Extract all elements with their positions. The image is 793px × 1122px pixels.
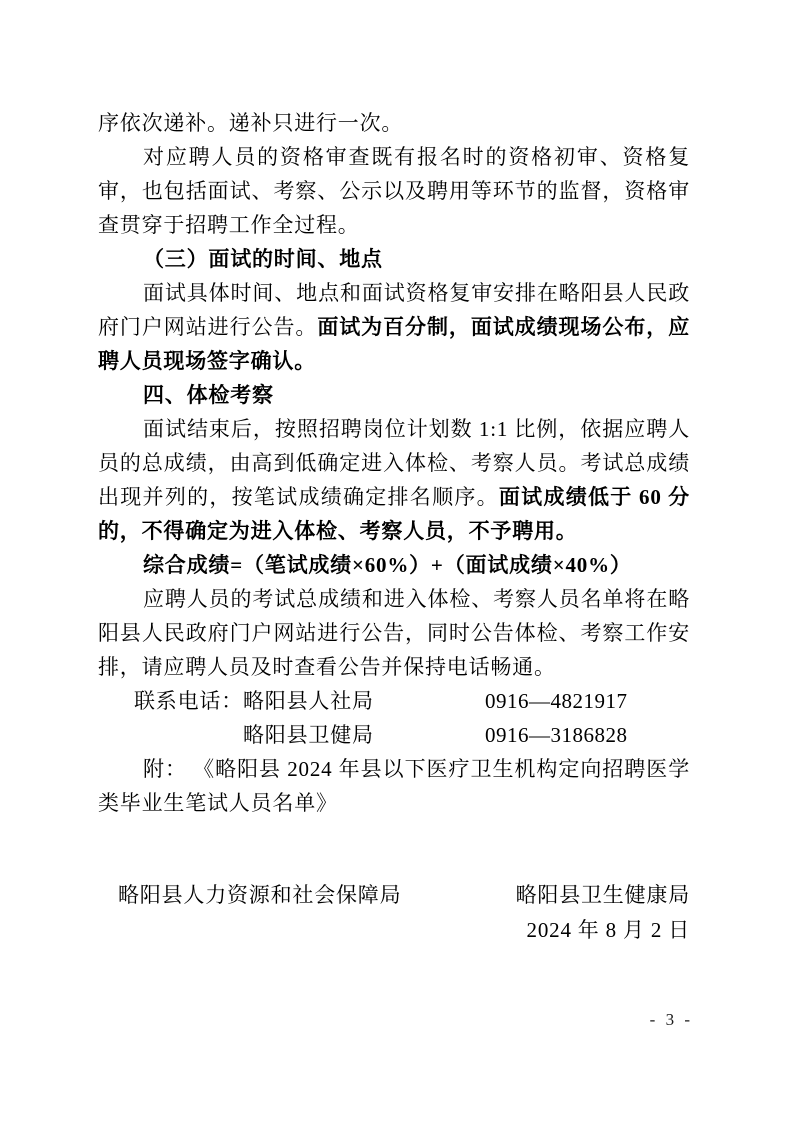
- paragraph: 面试结束后，按照招聘岗位计划数 1:1 比例，依据应聘人员的总成绩，由高到低确定…: [98, 412, 690, 548]
- contact-phone: 0916—4821917: [485, 684, 628, 718]
- contact-row: 联系电话：略阳县人社局0916—4821917: [98, 684, 690, 718]
- text-run: 附： 《略阳县 2024 年县以下医疗卫生机构定向招聘医学类毕业生笔试人员名单》: [98, 757, 690, 815]
- paragraph: 应聘人员的考试总成绩和进入体检、考察人员名单将在略阳县人民政府门户网站进行公告，…: [98, 582, 690, 684]
- paragraph: 综合成绩=（笔试成绩×60%）+（面试成绩×40%）: [98, 548, 690, 582]
- bold-text-run: 四、体检考察: [143, 383, 274, 407]
- paragraph: （三）面试的时间、地点: [98, 242, 690, 276]
- document-content: 序依次递补。递补只进行一次。对应聘人员的资格审查既有报名时的资格初审、资格复审，…: [98, 0, 690, 948]
- paragraph: 序依次递补。递补只进行一次。: [98, 106, 690, 140]
- paragraph: 对应聘人员的资格审查既有报名时的资格初审、资格复审，也包括面试、考察、公示以及聘…: [98, 140, 690, 242]
- paragraph: 附： 《略阳县 2024 年县以下医疗卫生机构定向招聘医学类毕业生笔试人员名单》: [98, 752, 690, 820]
- paragraph: 四、体检考察: [98, 378, 690, 412]
- text-run: 对应聘人员的资格审查既有报名时的资格初审、资格复审，也包括面试、考察、公示以及聘…: [98, 145, 690, 237]
- contact-org: 略阳县卫健局: [243, 723, 374, 747]
- signature-right-org: 略阳县卫生健康局: [516, 878, 690, 913]
- signature-date: 2024 年 8 月 2 日: [527, 918, 690, 942]
- signature-left-org: 略阳县人力资源和社会保障局: [118, 878, 401, 913]
- contact-label: 联系电话：: [134, 684, 243, 718]
- contact-phone: 0916—3186828: [485, 718, 628, 752]
- paragraph: 面试具体时间、地点和面试资格复审安排在略阳县人民政府门户网站进行公告。面试为百分…: [98, 276, 690, 378]
- signature-block: 略阳县人力资源和社会保障局 略阳县卫生健康局: [98, 878, 690, 913]
- document-body: 序依次递补。递补只进行一次。对应聘人员的资格审查既有报名时的资格初审、资格复审，…: [98, 106, 690, 820]
- page-number: - 3 -: [650, 1010, 693, 1030]
- text-run: 序依次递补。递补只进行一次。: [98, 111, 403, 135]
- bold-text-run: （三）面试的时间、地点: [143, 247, 383, 271]
- document-page: 序依次递补。递补只进行一次。对应聘人员的资格审查既有报名时的资格初审、资格复审，…: [0, 0, 793, 1122]
- contact-org: 略阳县人社局: [243, 689, 374, 713]
- bold-text-run: 综合成绩=（笔试成绩×60%）+（面试成绩×40%）: [143, 553, 632, 577]
- text-run: 应聘人员的考试总成绩和进入体检、考察人员名单将在略阳县人民政府门户网站进行公告，…: [98, 587, 690, 679]
- contact-row: 联系电话：略阳县卫健局0916—3186828: [98, 718, 690, 752]
- signature-date-row: 2024 年 8 月 2 日: [98, 913, 690, 948]
